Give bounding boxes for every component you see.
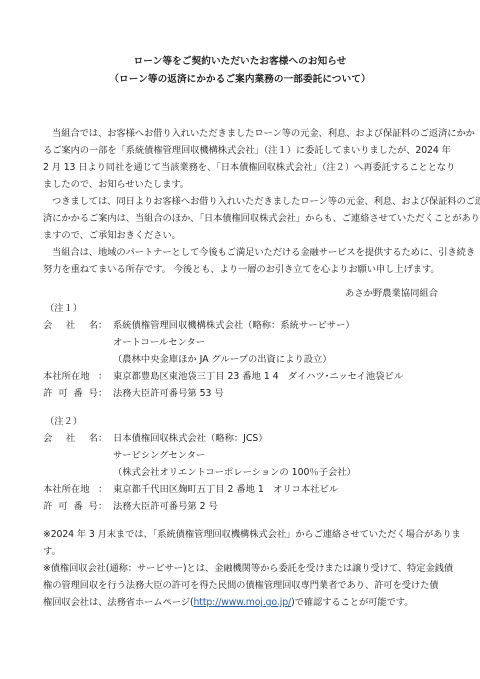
label-char: 可	[58, 388, 67, 400]
paragraph-line: 努力を重ねてまいる所存です。 今後とも、より一層のお引き立てを心よりお願い申し上…	[43, 264, 440, 276]
footnote-line: す。	[43, 546, 61, 558]
company-division: オートコールセンター	[113, 337, 205, 349]
colon: ：	[98, 388, 107, 400]
footnote-line: ※2024 年 3 月末までは、「系統債権管理回収機構株式会社」からご連絡させて…	[43, 529, 461, 541]
license-number: 法務大臣許可番号第 53 号	[113, 388, 224, 400]
paragraph-line: 済にかかるご案内は、当組合のほか、「日本債権回収株式会社」からも、ご連絡させてい…	[43, 213, 480, 225]
label-char: 番	[73, 501, 82, 513]
company-name-label: 会 社 名	[43, 433, 98, 445]
label-char: 名	[89, 433, 98, 445]
document-page: ローン等をご契約いただいたお客様へのお知らせ （ローン等の返済にかかるご案内業務…	[0, 0, 480, 679]
colon: ：	[98, 320, 107, 332]
note-heading: （注１）	[45, 303, 82, 315]
label-char: 番	[73, 388, 82, 400]
label-text: 本社所在地	[43, 371, 90, 383]
footnote-text: )で確認することが可能です。	[291, 597, 413, 608]
company-address: 東京都千代田区麹町五丁目 2 番地 1 オリコ本社ビル	[113, 484, 338, 496]
label-char: 可	[58, 501, 67, 513]
label-char: 会	[43, 433, 52, 445]
paragraph-line: ましたので、お知らせいたします。	[43, 179, 189, 191]
label-char: 名	[89, 320, 98, 332]
label-char: 社	[66, 433, 75, 445]
notice-subtitle: （ローン等の返済にかかるご案内業務の一部委託について）	[0, 74, 480, 86]
paragraph-line: ますので、ご承知おきください。	[43, 230, 181, 242]
label-char: 社	[66, 320, 75, 332]
signature: あさか野農業協同組合	[345, 288, 438, 300]
paragraph-line: るご案内の一部を「系統債権管理回収機構株式会社」（注１）に委託してまいりましたが…	[43, 145, 451, 157]
license-label: 許 可 番 号	[43, 501, 98, 513]
license-label: 許 可 番 号	[43, 388, 98, 400]
colon: ：	[98, 501, 107, 513]
license-number: 法務大臣許可番号第 2 号	[113, 501, 218, 513]
colon: ：	[98, 484, 107, 496]
paragraph-line: 当組合は、地域のパートナーとして今後もご満足いただける金融サービスを提供するため…	[52, 247, 475, 259]
label-char: 許	[43, 388, 52, 400]
footnote-text: 権回収会社は、法務省ホームページ(	[43, 597, 194, 608]
company-name-label: 会 社 名	[43, 320, 98, 332]
moj-website-link[interactable]: http://www.moj.go.jp/	[194, 597, 292, 608]
company-note: （株式会社オリエントコーポレーションの 100％子会社）	[113, 467, 356, 479]
company-name: 系統債権管理回収機構株式会社（略称：系統サービサー）	[113, 320, 355, 332]
paragraph-line: つきましては、同日よりお客様へお借り入れいただきましたローン等の元金、利息、およ…	[52, 196, 480, 208]
label-char: 号	[89, 388, 98, 400]
address-label: 本社所在地	[43, 484, 98, 496]
paragraph-line: 2 月 13 日より同社を通じて当該業務を、「日本債権回収株式会社」（注２）へ再…	[43, 162, 455, 174]
company-note: （農林中央金庫ほか JA グループの出資により設立）	[113, 354, 332, 366]
notice-title: ローン等をご契約いただいたお客様へのお知らせ	[0, 56, 480, 68]
footnote-line: 権回収会社は、法務省ホームページ(http://www.moj.go.jp/)で…	[43, 597, 413, 609]
label-text: 本社所在地	[43, 484, 90, 496]
footnote-line: 権の管理回収を行う法務大臣の許可を得た民間の債権管理回収専門業者であり、許可を受…	[43, 580, 438, 592]
label-char: 会	[43, 320, 52, 332]
paragraph-line: 当組合では、お客様へお借り入れいただきましたローン等の元金、利息、および保証料の…	[52, 128, 475, 140]
note-heading: （注２）	[45, 416, 82, 428]
label-char: 号	[89, 501, 98, 513]
colon: ：	[98, 371, 107, 383]
label-char: 許	[43, 501, 52, 513]
colon: ：	[98, 433, 107, 445]
footnote-line: ※債権回収会社(通称：サービサー)とは、金融機関等から委託を受けまたは譲り受けて…	[43, 563, 453, 575]
company-division: サービシングセンター	[113, 450, 205, 462]
address-label: 本社所在地	[43, 371, 98, 383]
company-name: 日本債権回収株式会社（略称：JCS）	[113, 433, 268, 445]
company-address: 東京都豊島区東池袋三丁目 23 番地 1 4 ダイハツ･ニッセイ池袋ビル	[113, 371, 403, 383]
